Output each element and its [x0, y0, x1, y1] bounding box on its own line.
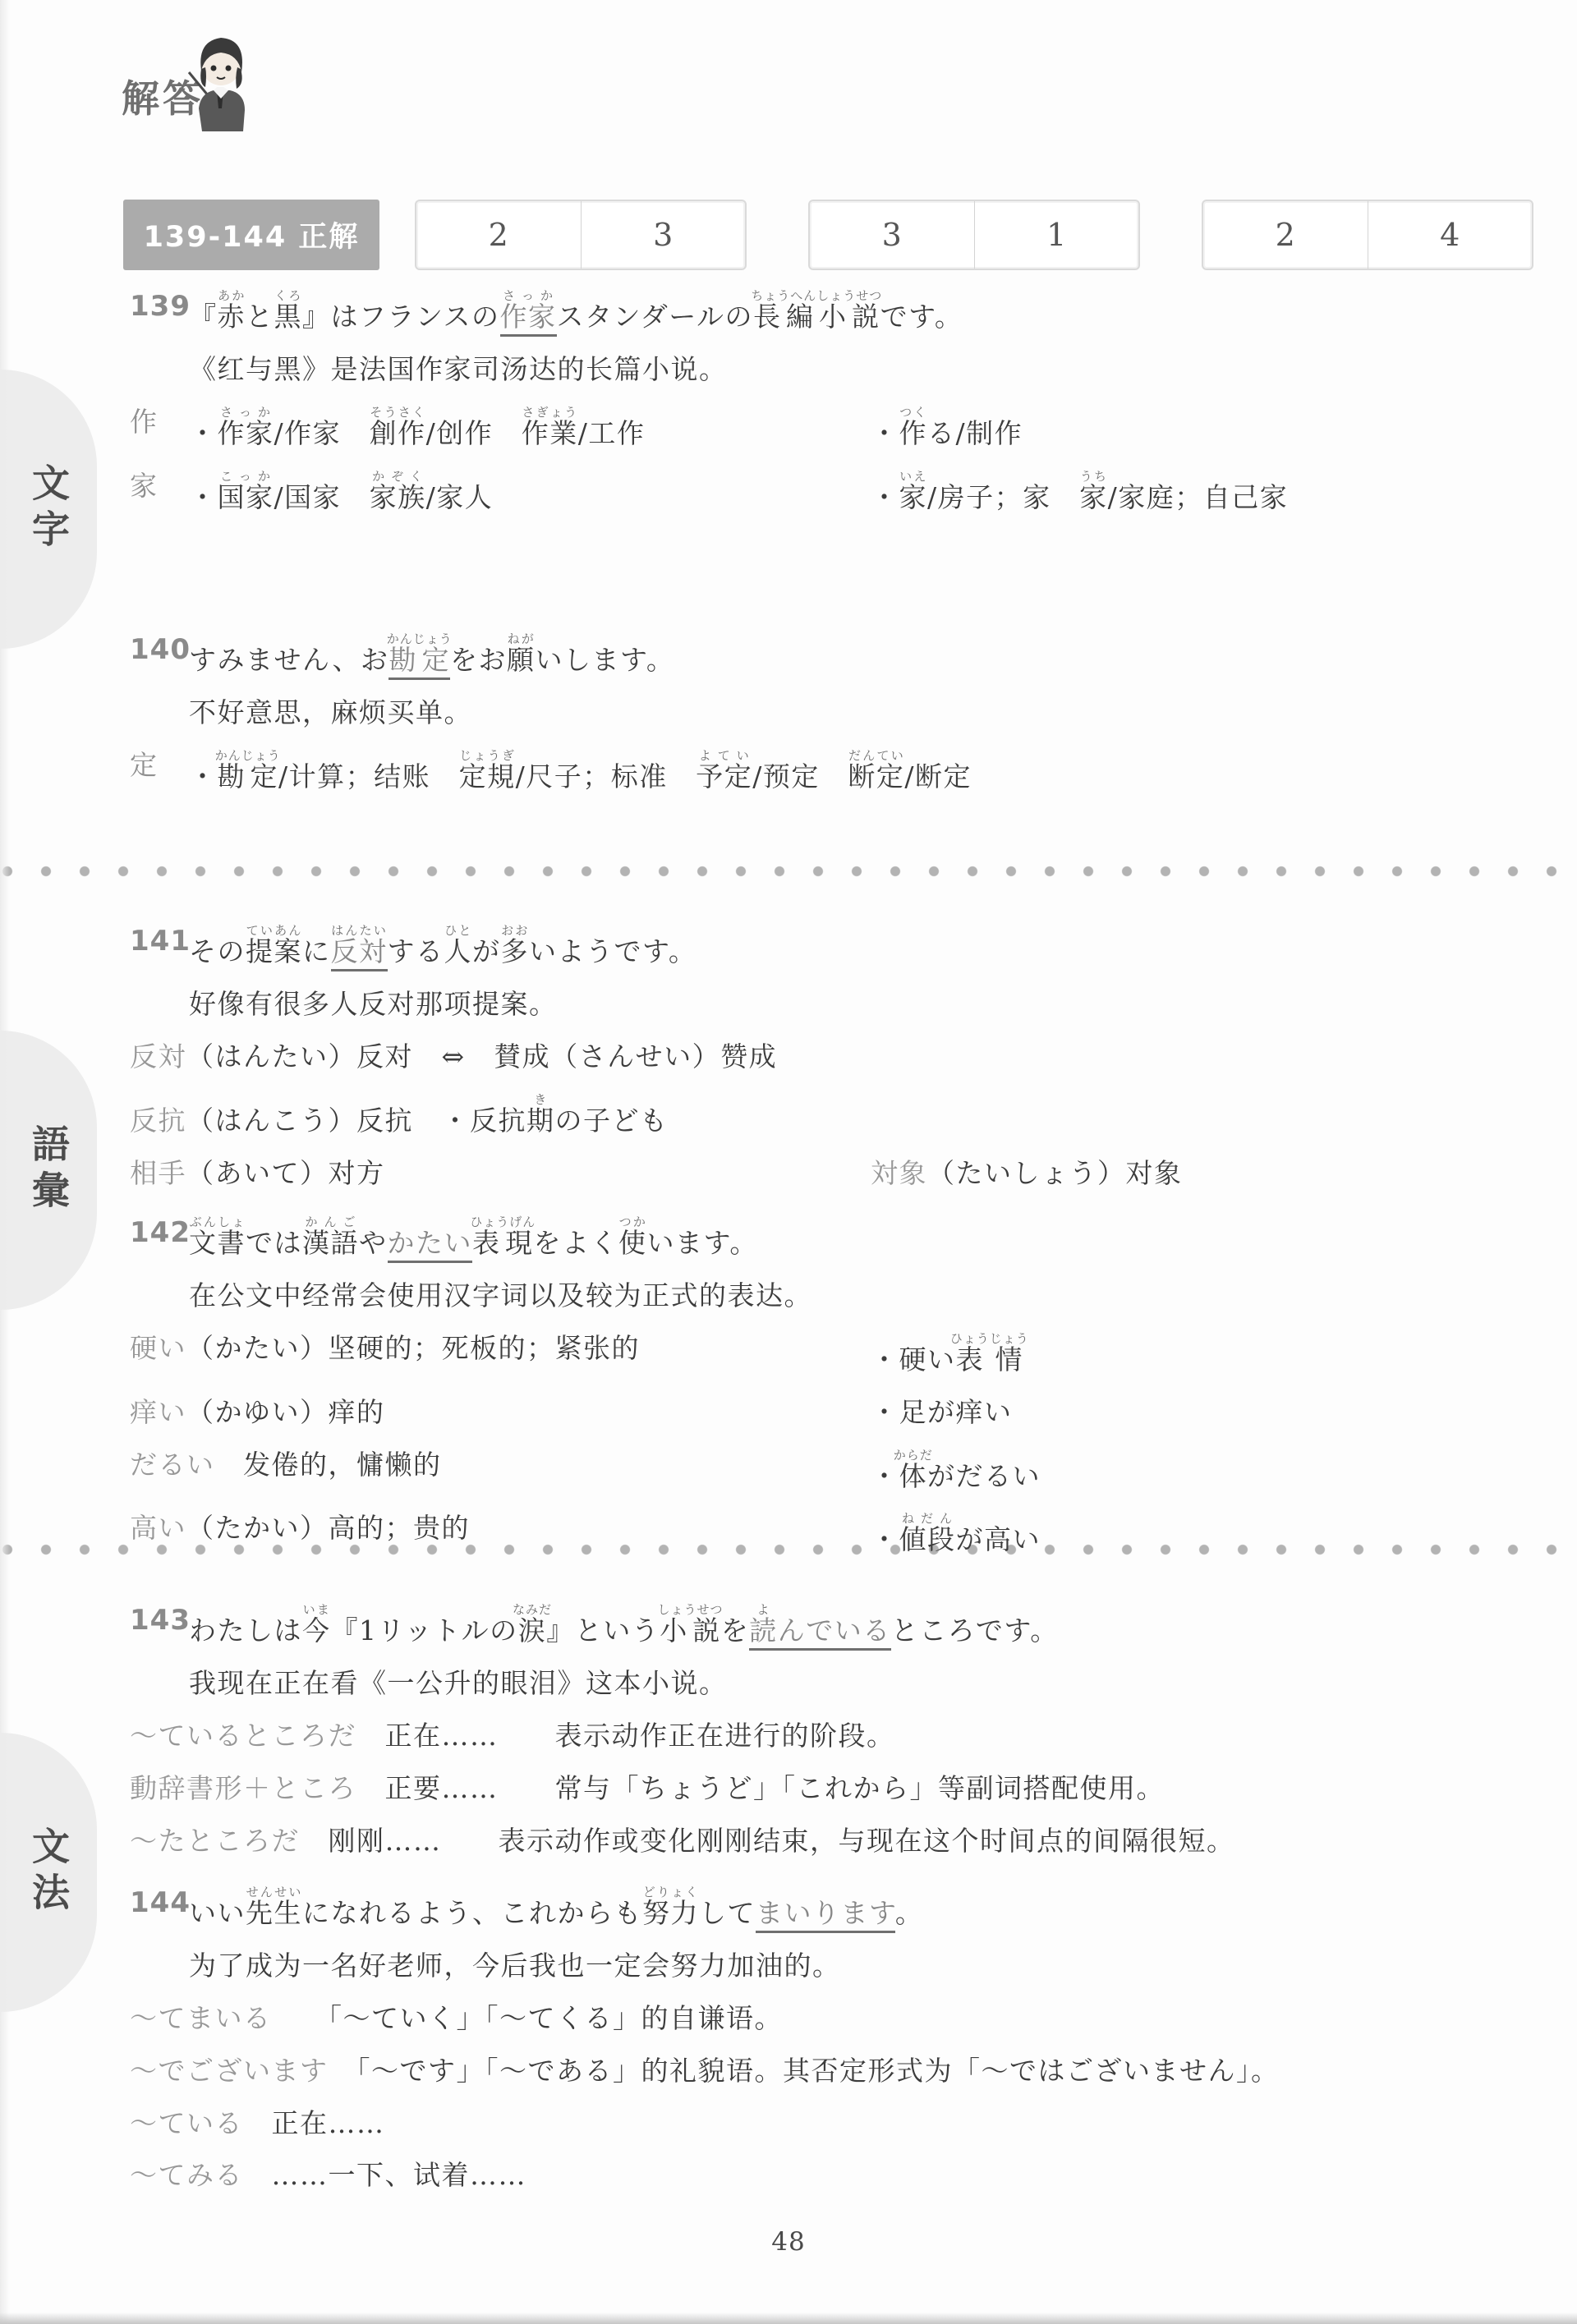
vocab-line: 定・勘定かんじょう/计算；结账 定規じょうぎ/尺子；标准 予定よてい/预定 断定… [130, 731, 1543, 795]
vocab-left: 反対（はんたい）反对 ⇔ 賛成（さんせい）赞成 [130, 1040, 777, 1075]
page-number: 48 [0, 2227, 1577, 2257]
vocab-right: ・家いえ/房子；家 家うち/家庭；自己家 [871, 469, 1288, 516]
ruby-word: 断定だんてい [848, 760, 904, 792]
ruby-word: 反対はんたい [331, 935, 388, 967]
vocab-left: ・作家さっか/作家 創作そうさく/创作 作業さぎょう/工作 [189, 405, 871, 452]
keyword-gray: ～ている [130, 2107, 243, 2139]
vocab-left: ・勘定かんじょう/计算；结账 定規じょうぎ/尺子；标准 予定よてい/预定 断定だ… [189, 748, 972, 795]
vocab-left: 動辞書形＋ところ 正要…… 常与「ちょうど」「これから」等副词搭配使用。 [130, 1771, 1165, 1807]
ruby-word: 多おお [501, 935, 530, 967]
question-139-block: 139『赤あかと黒くろ』はフランスの作家さっかスタンダールの長編小説ちょうへんし… [130, 271, 1543, 516]
vocab-right: 対象（たいしょう）对象 [871, 1156, 1183, 1192]
keyword-gray: 反対 [130, 1040, 186, 1072]
ruby-word: 涙なみだ [518, 1614, 547, 1647]
question-143-block: 143わたしは今いま『1リットルの涙なみだ』という小説しょうせつを読よんでいると… [130, 1585, 1543, 1858]
vocab-line: 痒い（かゆい）痒的・足が痒い [130, 1378, 1543, 1431]
question-sentence-row: 142文書ぶんしょでは漢語かんごやかたい表現ひょうげんをよく使つかいます。 [130, 1197, 1543, 1261]
vocab-line: だるい 发倦的，慵懒的・体からだがだるい [130, 1431, 1543, 1495]
vocab-left: 痒い（かゆい）痒的 [130, 1395, 871, 1431]
side-tab-grammar: 文法 [0, 1733, 97, 2012]
sentence-japanese: その提案ていあんに反対はんたいする人ひとが多おおいようです。 [189, 923, 697, 970]
question-number: 140 [130, 632, 189, 678]
ruby-word: 定規じょうぎ [459, 760, 516, 792]
keyword-gray: だるい [130, 1449, 215, 1481]
answer-strip: 139-144 正解 233124 [123, 200, 1533, 270]
vocab-left: ～でございます 「～です」「～である」的礼貌语。其否定形式为「～ではございません… [130, 2054, 1280, 2089]
ruby-word: 作つく [899, 417, 928, 449]
ruby-word: 提案ていあん [246, 935, 302, 967]
question-142-block: 142文書ぶんしょでは漢語かんごやかたい表現ひょうげんをよく使つかいます。在公文… [130, 1197, 1543, 1558]
vocab-key-kanji: 家 [130, 469, 189, 516]
vocab-left: ～てみる ……一下、试着…… [130, 2158, 526, 2193]
ruby-word: 創作そうさく [370, 417, 426, 449]
question-sentence-row: 141その提案ていあんに反対はんたいする人ひとが多おおいようです。 [130, 906, 1543, 970]
ruby-word: 長編小説ちょうへんしょうせつ [753, 301, 880, 333]
ruby-word: 先生せんせい [246, 1897, 302, 1929]
vocab-line: 反対（はんたい）反对 ⇔ 賛成（さんせい）赞成 [130, 1022, 1543, 1075]
vocab-key-kanji: 定 [130, 748, 189, 795]
vocab-line: 反抗（はんこう）反抗 ・反抗期きの子ども [130, 1075, 1543, 1139]
translation-chinese: 在公文中经常会使用汉字词以及较为正式的表达。 [189, 1261, 1543, 1314]
keyword-gray: 反抗 [130, 1105, 186, 1137]
underlined-answer-word: 反対はんたい [331, 935, 388, 971]
ruby-word: 黒くろ [274, 301, 303, 333]
ruby-word: 家うち [1079, 481, 1108, 513]
question-number: 141 [130, 923, 189, 970]
ruby-word: 勘定かんじょう [218, 760, 279, 792]
keyword-gray: ～でございます [130, 2055, 329, 2087]
vocab-right: ・体からだがだるい [871, 1448, 1041, 1495]
answer-cell: 4 [1368, 201, 1533, 269]
dotted-separator [0, 864, 1577, 879]
keyword-gray: ～たところだ [130, 1825, 300, 1857]
ruby-word: 作家さっか [500, 301, 557, 333]
keyword-gray: ～てみる [130, 2159, 243, 2191]
keyword-gray: ～てまいる [130, 2002, 272, 2034]
question-144-block: 144いい先生せんせいになれるよう、これからも努力どりょくしてまいります。为了成… [130, 1867, 1543, 2193]
keyword-gray: 相手 [130, 1157, 186, 1189]
vocab-line: ～でございます 「～です」「～である」的礼貌语。其否定形式为「～ではございません… [130, 2037, 1543, 2089]
question-number: 143 [130, 1602, 189, 1649]
question-sentence-row: 143わたしは今いま『1リットルの涙なみだ』という小説しょうせつを読よんでいると… [130, 1585, 1543, 1649]
underlined-answer-word: 作家さっか [500, 301, 557, 337]
underlined-answer-word: 勘定かんじょう [389, 644, 450, 680]
question-number: 142 [130, 1215, 189, 1261]
side-tab-characters: 文字 [0, 370, 97, 649]
vocab-left: 反抗（はんこう）反抗 ・反抗期きの子ども [130, 1092, 669, 1139]
keyword-gray: 対象 [871, 1157, 927, 1189]
translation-chinese: 不好意思，麻烦买单。 [189, 678, 1543, 731]
answer-box-group: 24 [1202, 200, 1533, 270]
vocab-key-kanji: 作 [130, 405, 189, 452]
ruby-word: 家族かぞく [370, 481, 426, 513]
underlined-answer-word: かたい [388, 1227, 473, 1263]
ruby-word: 表情ひょうじょう [956, 1343, 1029, 1376]
answer-cell: 3 [581, 201, 746, 269]
vocab-right: ・値段ねだんが高い [871, 1511, 1041, 1558]
question-number: 139 [130, 288, 189, 335]
question-sentence-row: 144いい先生せんせいになれるよう、これからも努力どりょくしてまいります。 [130, 1867, 1543, 1931]
sentence-japanese: すみません、お勘定かんじょうをお願ねがいします。 [189, 632, 674, 678]
translation-chinese: 《红与黑》是法国作家司汤达的长篇小说。 [189, 335, 1543, 388]
question-141-block: 141その提案ていあんに反対はんたいする人ひとが多おおいようです。好像有很多人反… [130, 906, 1543, 1191]
vocab-line: 高い（たかい）高的；贵的・値段ねだんが高い [130, 1494, 1543, 1558]
keyword-gray: 動辞書形＋ところ [130, 1772, 356, 1804]
answer-boxes: 233124 [379, 200, 1533, 270]
vocab-line: 硬い（かたい）坚硬的；死板的；紧张的・硬い表情ひょうじょう [130, 1314, 1543, 1378]
ruby-word: 漢語かんご [302, 1227, 359, 1259]
side-tab-label: 語彙 [21, 1124, 76, 1216]
teacher-mascot-illustration [174, 30, 263, 133]
vocab-left: だるい 发倦的，慵懒的 [130, 1448, 871, 1495]
question-sentence-row: 139『赤あかと黒くろ』はフランスの作家さっかスタンダールの長編小説ちょうへんし… [130, 271, 1543, 335]
keyword-gray: ～ているところだ [130, 1720, 356, 1752]
vocab-line: 相手（あいて）对方対象（たいしょう）对象 [130, 1139, 1543, 1192]
answer-cell: 2 [1203, 201, 1368, 269]
ruby-word: 作業さぎょう [522, 417, 578, 449]
answer-key-page: 文字 語彙 文法 解答 139-144 正解 233124 139『赤あかと黒く… [0, 0, 1577, 2324]
vocab-right: ・硬い表情ひょうじょう [871, 1331, 1029, 1378]
translation-chinese: 为了成为一名好老师，今后我也一定会努力加油的。 [189, 1931, 1543, 1984]
vocab-left: 相手（あいて）对方 [130, 1156, 871, 1192]
answer-strip-title: 139-144 正解 [123, 200, 379, 270]
vocab-right: ・作つくる/制作 [871, 405, 1023, 452]
scan-edge-shadow-left [0, 0, 10, 2324]
ruby-word: 期き [526, 1105, 555, 1137]
ruby-word: 家いえ [899, 481, 928, 513]
vocab-line: 家・国家こっか/国家 家族かぞく/家人・家いえ/房子；家 家うち/家庭；自己家 [130, 452, 1543, 516]
ruby-word: 値段ねだん [899, 1523, 956, 1555]
ruby-word: 国家こっか [218, 481, 274, 513]
underlined-answer-word: まいります [756, 1897, 895, 1933]
vocab-line: ～てまいる 「～ていく」「～てくる」的自谦语。 [130, 1984, 1543, 2037]
ruby-word: 人ひと [444, 935, 473, 967]
vocab-line: ～てみる ……一下、试着…… [130, 2141, 1543, 2193]
vocab-line: 動辞書形＋ところ 正要…… 常与「ちょうど」「これから」等副词搭配使用。 [130, 1754, 1543, 1807]
answer-box-group: 31 [808, 200, 1140, 270]
ruby-word: 体からだ [899, 1460, 928, 1492]
vocab-left: 高い（たかい）高的；贵的 [130, 1511, 871, 1558]
ruby-word: 予定よてい [696, 760, 752, 792]
sentence-japanese: 文書ぶんしょでは漢語かんごやかたい表現ひょうげんをよく使つかいます。 [189, 1215, 758, 1261]
vocab-right: ・足が痒い [871, 1395, 1013, 1431]
translation-chinese: 我现在正在看《一公升的眼泪》这本小说。 [189, 1649, 1543, 1702]
vocab-line: ～ている 正在…… [130, 2089, 1543, 2142]
answer-box-group: 23 [415, 200, 747, 270]
ruby-word: 文書ぶんしょ [189, 1227, 246, 1259]
ruby-word: 作家さっか [218, 417, 274, 449]
translation-chinese: 好像有很多人反对那项提案。 [189, 970, 1543, 1022]
vocab-left: ～ているところだ 正在…… 表示动作正在进行的阶段。 [130, 1719, 895, 1754]
question-140-block: 140すみません、お勘定かんじょうをお願ねがいします。不好意思，麻烦买单。定・勘… [130, 614, 1543, 795]
ruby-word: 小説しょうせつ [660, 1614, 721, 1647]
ruby-word: 願ねが [507, 644, 536, 676]
sentence-japanese: わたしは今いま『1リットルの涙なみだ』という小説しょうせつを読よんでいるところで… [189, 1602, 1059, 1649]
ruby-word: 今いま [302, 1614, 331, 1647]
keyword-gray: 痒い [130, 1396, 186, 1428]
vocab-left: ～てまいる 「～ていく」「～てくる」的自谦语。 [130, 2001, 783, 2037]
vocab-left: ～たところだ 刚刚…… 表示动作或变化刚刚结束，与现在这个时间点的间隔很短。 [130, 1824, 1235, 1859]
vocab-left: ・国家こっか/国家 家族かぞく/家人 [189, 469, 871, 516]
vocab-left: ～ている 正在…… [130, 2106, 385, 2142]
answer-cell: 1 [974, 201, 1139, 269]
vocab-line: ～たところだ 刚刚…… 表示动作或变化刚刚结束，与现在这个时间点的间隔很短。 [130, 1807, 1543, 1859]
keyword-gray: 高い [130, 1512, 186, 1544]
ruby-word: 表現ひょうげん [472, 1227, 534, 1259]
vocab-line: 作・作家さっか/作家 創作そうさく/创作 作業さぎょう/工作・作つくる/制作 [130, 388, 1543, 452]
answer-cell: 2 [416, 201, 581, 269]
sentence-japanese: いい先生せんせいになれるよう、これからも努力どりょくしてまいります。 [189, 1885, 923, 1931]
scan-edge-shadow-bottom [0, 2313, 1577, 2324]
keyword-gray: 硬い [130, 1332, 186, 1364]
ruby-word: 勘定かんじょう [389, 644, 450, 676]
answer-cell: 3 [810, 201, 974, 269]
ruby-word: 読よ [749, 1614, 778, 1647]
side-tab-vocabulary: 語彙 [0, 1031, 97, 1310]
underlined-answer-word: 読よんでいる [749, 1614, 891, 1651]
sentence-japanese: 『赤あかと黒くろ』はフランスの作家さっかスタンダールの長編小説ちょうへんしょうせ… [189, 288, 963, 335]
question-number: 144 [130, 1885, 189, 1931]
side-tab-label: 文字 [21, 463, 76, 555]
vocab-left: 硬い（かたい）坚硬的；死板的；紧张的 [130, 1331, 871, 1378]
question-sentence-row: 140すみません、お勘定かんじょうをお願ねがいします。 [130, 614, 1543, 678]
ruby-word: 赤あか [218, 301, 246, 333]
vocab-line: ～ているところだ 正在…… 表示动作正在进行的阶段。 [130, 1702, 1543, 1754]
ruby-word: 努力どりょく [642, 1897, 699, 1929]
ruby-word: 使つか [618, 1227, 647, 1259]
side-tab-label: 文法 [21, 1826, 76, 1918]
